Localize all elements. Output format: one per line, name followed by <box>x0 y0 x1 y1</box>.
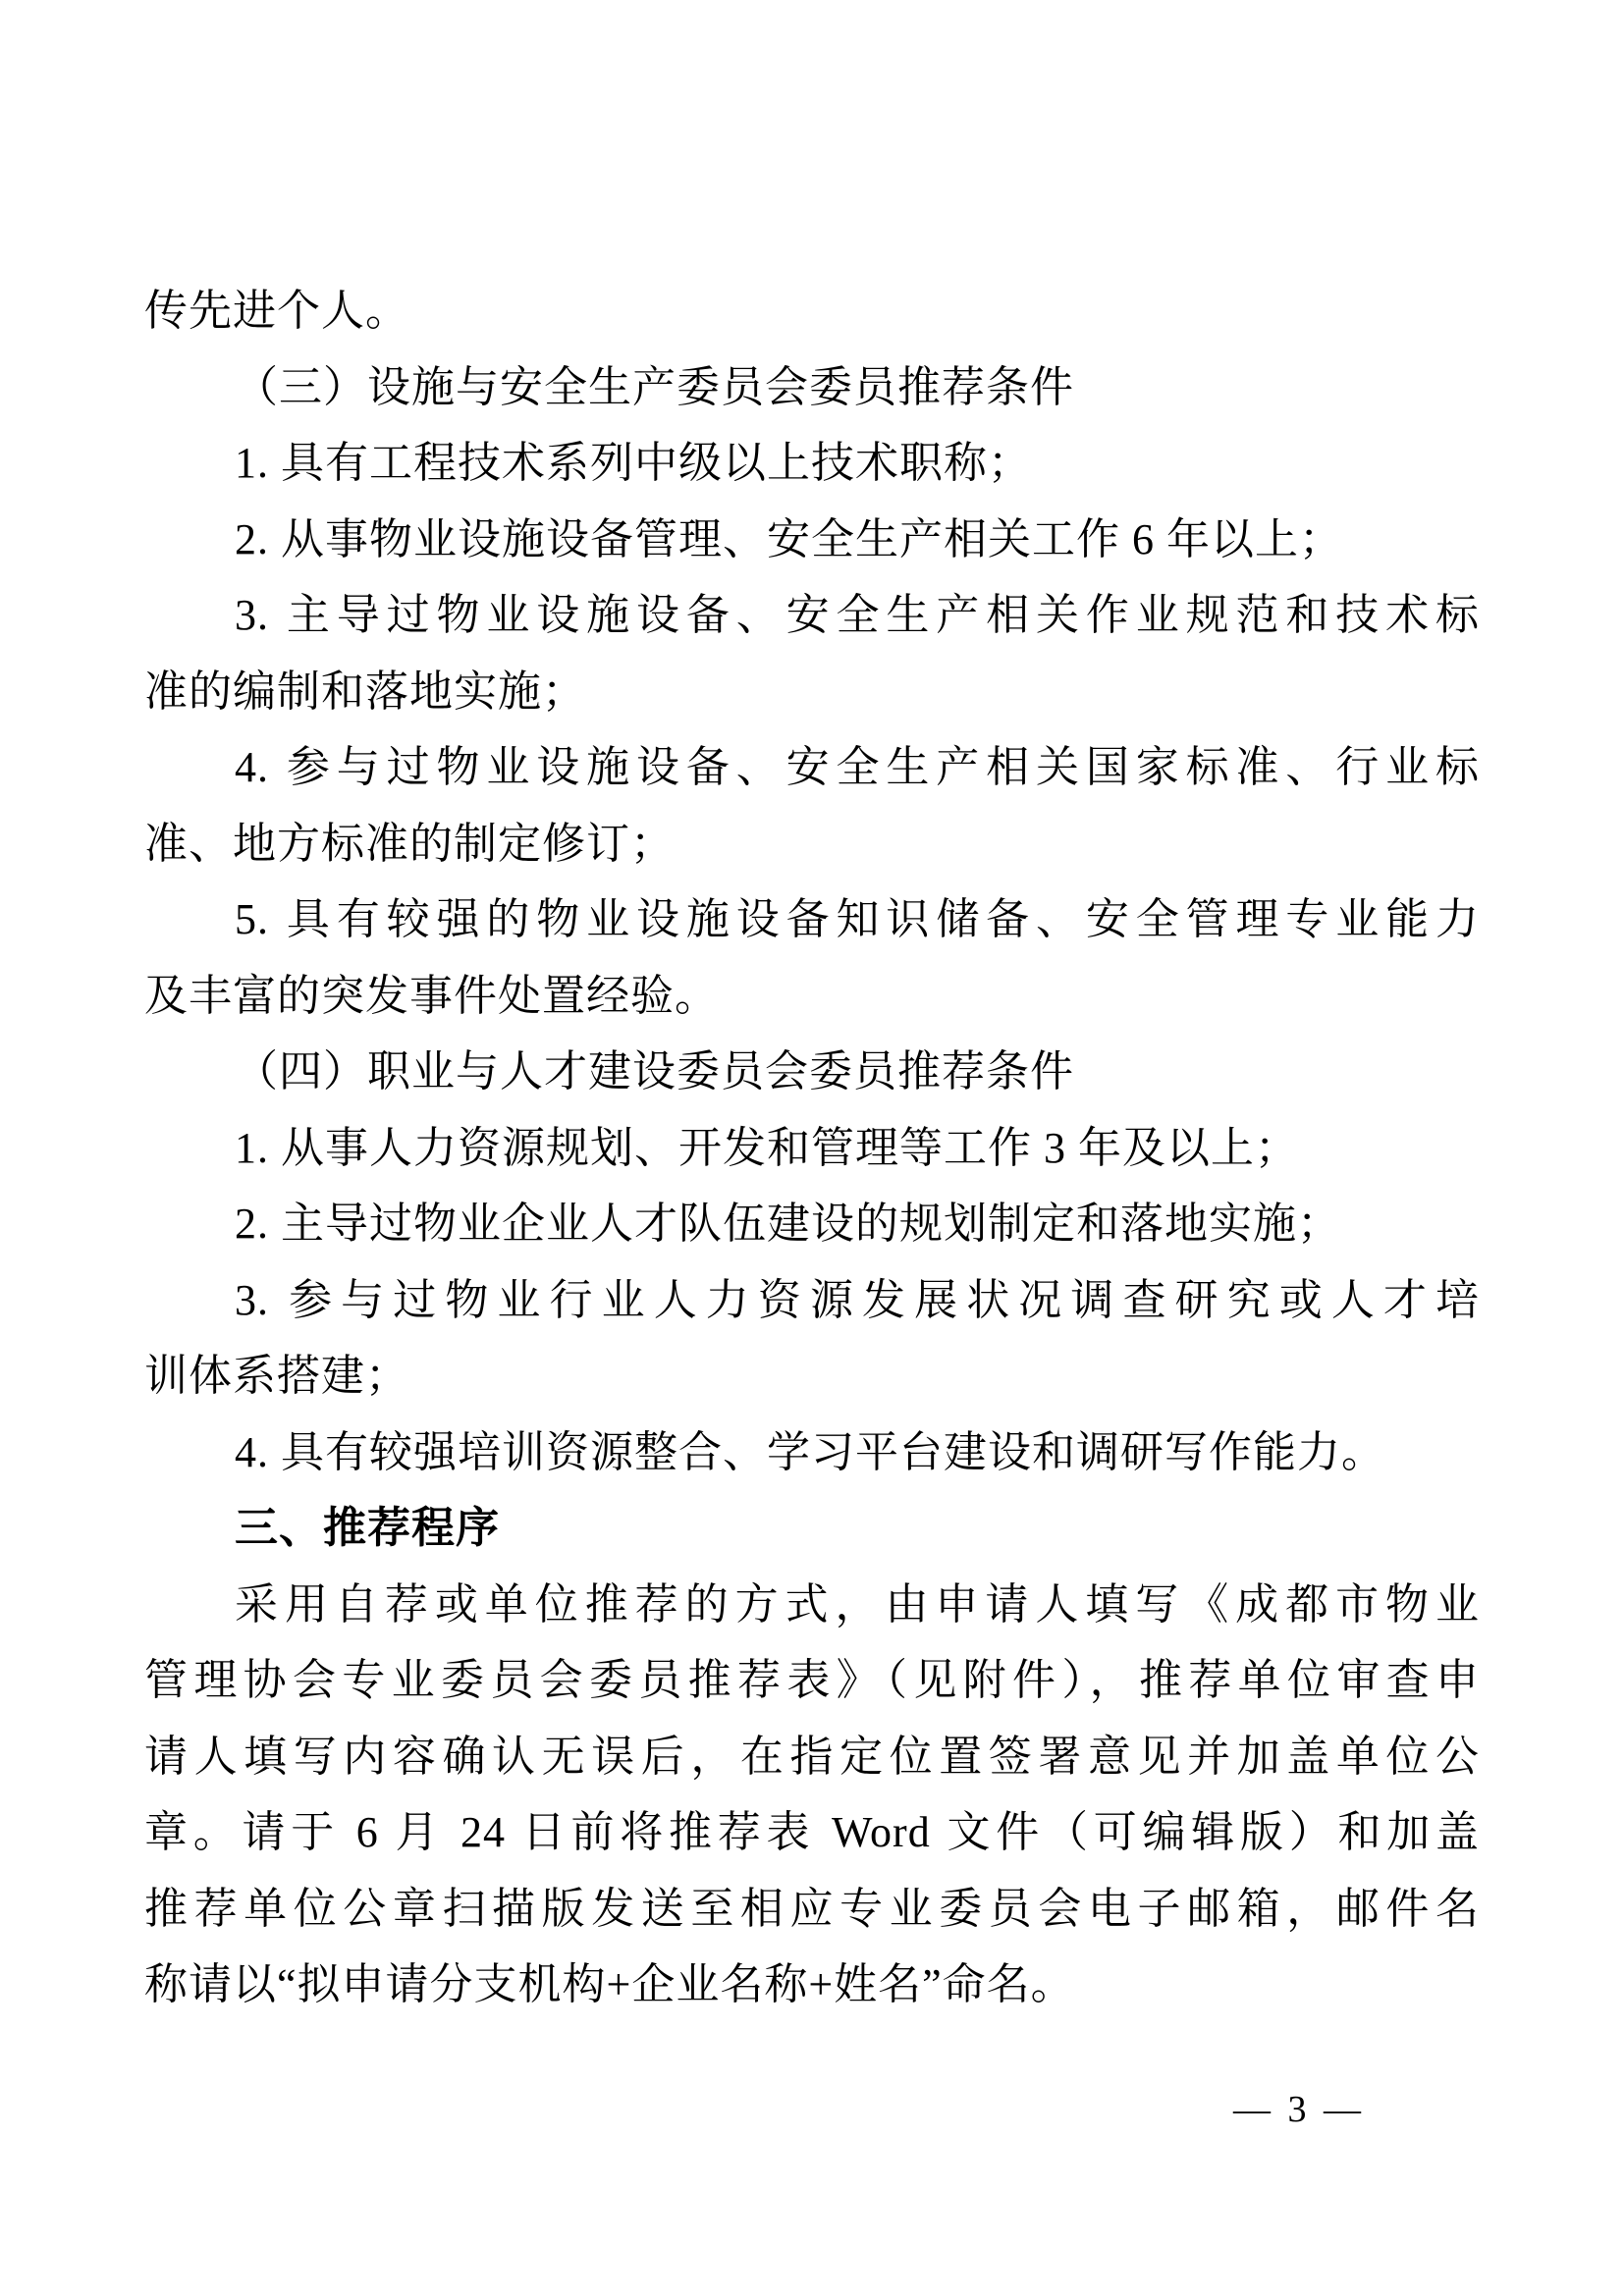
document-page: 传先进个人。（三）设施与安全生产委员会委员推荐条件1. 具有工程技术系列中级以上… <box>0 0 1624 2296</box>
text-line: 准、地方标准的制定修订； <box>144 806 1480 882</box>
text-line: 推荐单位公章扫描版发送至相应专业委员会电子邮箱，邮件名 <box>144 1871 1480 1948</box>
text-line: 管理协会专业委员会委员推荐表》（见附件），推荐单位审查申 <box>144 1642 1480 1719</box>
page-number: — 3 — <box>1233 2085 1365 2134</box>
text-line: 章。请于 6 月 24 日前将推荐表 Word 文件（可编辑版）和加盖 <box>144 1794 1480 1871</box>
text-line: 4. 具有较强培训资源整合、学习平台建设和调研写作能力。 <box>144 1415 1480 1491</box>
text-line: （三）设施与安全生产委员会委员推荐条件 <box>144 349 1480 426</box>
text-line: 训体系搭建； <box>144 1338 1480 1415</box>
text-line: 称请以“拟申请分支机构+企业名称+姓名”命名。 <box>144 1947 1480 2023</box>
text-line: 准的编制和落地实施； <box>144 654 1480 730</box>
text-line: 1. 具有工程技术系列中级以上技术职称； <box>144 425 1480 502</box>
text-line: 2. 主导过物业企业人才队伍建设的规划制定和落地实施； <box>144 1186 1480 1262</box>
text-line: 采用自荐或单位推荐的方式，由申请人填写《成都市物业 <box>144 1567 1480 1643</box>
text-line: 1. 从事人力资源规划、开发和管理等工作 3 年及以上； <box>144 1110 1480 1187</box>
document-body: 传先进个人。（三）设施与安全生产委员会委员推荐条件1. 具有工程技术系列中级以上… <box>144 273 1480 2023</box>
text-line: 3. 主导过物业设施设备、安全生产相关作业规范和技术标 <box>144 577 1480 654</box>
text-line: 及丰富的突发事件处置经验。 <box>144 958 1480 1035</box>
section-heading: 三、推荐程序 <box>144 1490 1480 1567</box>
text-line: （四）职业与人才建设委员会委员推荐条件 <box>144 1034 1480 1110</box>
text-line: 传先进个人。 <box>144 273 1480 349</box>
text-line: 3. 参与过物业行业人力资源发展状况调查研究或人才培 <box>144 1262 1480 1339</box>
text-line: 4. 参与过物业设施设备、安全生产相关国家标准、行业标 <box>144 729 1480 806</box>
text-line: 请人填写内容确认无误后，在指定位置签署意见并加盖单位公 <box>144 1719 1480 1795</box>
text-line: 5. 具有较强的物业设施设备知识储备、安全管理专业能力 <box>144 881 1480 958</box>
text-line: 2. 从事物业设施设备管理、安全生产相关工作 6 年以上； <box>144 502 1480 578</box>
